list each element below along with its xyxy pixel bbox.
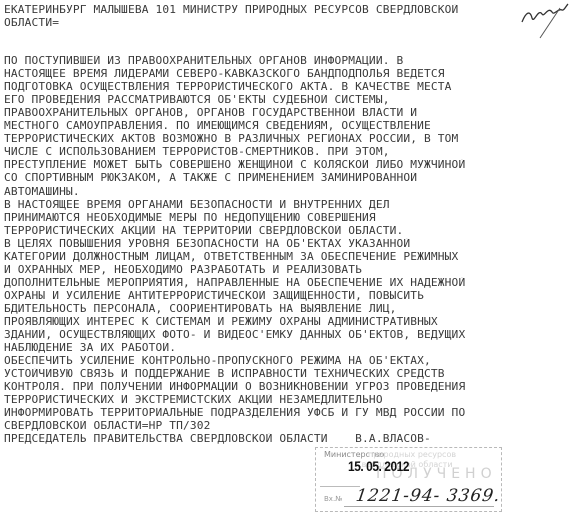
stamp-incoming-label: Вх.№: [324, 495, 342, 503]
document-line: ТЕРРОРИСТИЧЕСКИХ АКТОВ ВОЗМОЖНО В РАЗЛИЧ…: [4, 133, 458, 145]
document-line: ПРИНИМАЮТСЯ НЕОБХОДИМЫЕ МЕРЫ ПО НЕДОПУЩЕ…: [4, 212, 376, 224]
document-line: ПРОЯВЛЯЮЩИХ ИНТЕРЕС К СИСТЕМАМ И РЕЖИМУ …: [4, 316, 438, 328]
document-line: ЧИСЛЕ С ИСПОЛЬЗОВАНИЕМ ТЕРРОРИСТОВ-СМЕРТ…: [4, 146, 390, 158]
document-line: И ОХРАННЫХ МЕР, НЕОБХОДИМО РАЗРАБОТАТЬ И…: [4, 264, 362, 276]
handwritten-signature-icon: [520, 0, 575, 40]
document-line: МЕСТНОГО САМОУПРАВЛЕНИЯ. ПО ИМЕЮЩИМСЯ СВ…: [4, 120, 431, 132]
document-line: ДОПОЛНИТЕЛЬНЫЕ МЕРОПРИЯТИЯ, НАПРАВЛЕННЫЕ…: [4, 277, 465, 289]
document-line: В ЦЕЛЯХ ПОВЫШЕНИЯ УРОВНЯ БЕЗОПАСНОСТИ НА…: [4, 238, 410, 250]
document-line: ЕГО ПРОВЕДЕНИЯ РАССМАТРИВАЮТСЯ ОБ'ЕКТЫ С…: [4, 94, 390, 106]
document-line: ПРЕСТУПЛЕНИЕ МОЖЕТ БЫТЬ СОВЕРШЕНО ЖЕНЩИН…: [4, 159, 465, 171]
document-line: ПО ПОСТУПИВШЕЙ ИЗ ПРАВООХРАНИТЕЛЬНЫХ ОРГ…: [4, 55, 403, 67]
document-line: СО СПОРТИВНЫМ РЮКЗАКОМ, А ТАКЖЕ С ПРИМЕН…: [4, 172, 417, 184]
document-line: ТЕРРОРИСТИЧЕСКИХ И ЭКСТРЕМИСТСКИХ АКЦИЙ …: [4, 394, 383, 406]
document-line: ИНФОРМИРОВАТЬ ТЕРРИТОРИАЛЬНЫЕ ПОДРАЗДЕЛЕ…: [4, 407, 465, 419]
document-line: ОХРАНЫ И УСИЛЕНИЕ АНТИТЕРРОРИСТИЧЕСКОЙ З…: [4, 290, 424, 302]
document-line: ПРЕДСЕДАТЕЛЬ ПРАВИТЕЛЬСТВА СВЕРДЛОВСКОЙ …: [4, 433, 431, 445]
document-line: В НАСТОЯЩЕЕ ВРЕМЯ ОРГАНАМИ БЕЗОПАСНОСТИ …: [4, 199, 390, 211]
telegram-document: ЕКАТЕРИНБУРГ МАЛЫШЕВА 101 МИНИСТРУ ПРИРО…: [0, 0, 575, 518]
document-line: ПРАВООХРАНИТЕЛЬНЫХ ОРГАНОВ, ОРГАНОВ ГОСУ…: [4, 107, 417, 119]
document-line: НАСТОЯЩЕЕ ВРЕМЯ ЛИДЕРАМИ СЕВЕРО-КАВКАЗСК…: [4, 68, 445, 80]
stamp-divider: [320, 486, 360, 487]
stamp-incoming-underline: [344, 506, 494, 507]
document-line: НАБЛЮДЕНИЕ ЗА ИХ РАБОТОЙ.: [4, 342, 176, 354]
document-line: ЕКАТЕРИНБУРГ МАЛЫШЕВА 101 МИНИСТРУ ПРИРО…: [4, 4, 458, 16]
document-line: КАТЕГОРИИ ДОЛЖНОСТНЫМ ЛИЦАМ, ОТВЕТСТВЕНН…: [4, 251, 458, 263]
registration-stamp: Министерство природных ресурсов Свердлов…: [315, 447, 502, 512]
document-line: КОНТРОЛЯ. ПРИ ПОЛУЧЕНИИ ИНФОРМАЦИИ О ВОЗ…: [4, 381, 465, 393]
document-line: СВЕРДЛОВСКОЙ ОБЛАСТИ=НР ТП/302: [4, 420, 211, 432]
document-line: АВТОМАШИНЫ.: [4, 186, 80, 198]
document-line: ЗДАНИЙ, ОСУЩЕСТВЛЯЮЩИХ ФОТО- И ВИДЕОС'ЕМ…: [4, 329, 465, 341]
document-line: ОБЕСПЕЧИТЬ УСИЛЕНИЕ КОНТРОЛЬНО-ПРОПУСКНО…: [4, 355, 431, 367]
document-line: ПОДГОТОВКА ОСУЩЕСТВЛЕНИЯ ТЕРРОРИСТИЧЕСКО…: [4, 81, 452, 93]
stamp-date: 15. 05. 2012: [348, 458, 409, 474]
document-line: ОБЛАСТИ=: [4, 17, 59, 29]
stamp-incoming-number: 1221-94- 3369.: [355, 486, 502, 506]
document-line: БДИТЕЛЬНОСТЬ ПЕРСОНАЛА, СООРИЕНТИРОВАТЬ …: [4, 303, 396, 315]
document-line: ТЕРРОРИСТИЧЕСКИХ АКЦИЙ НА ТЕРРИТОРИИ СВЕ…: [4, 225, 403, 237]
document-line: УСТОЙЧИВУЮ СВЯЗЬ И ПОДДЕРЖАНИЕ В ИСПРАВН…: [4, 368, 445, 380]
